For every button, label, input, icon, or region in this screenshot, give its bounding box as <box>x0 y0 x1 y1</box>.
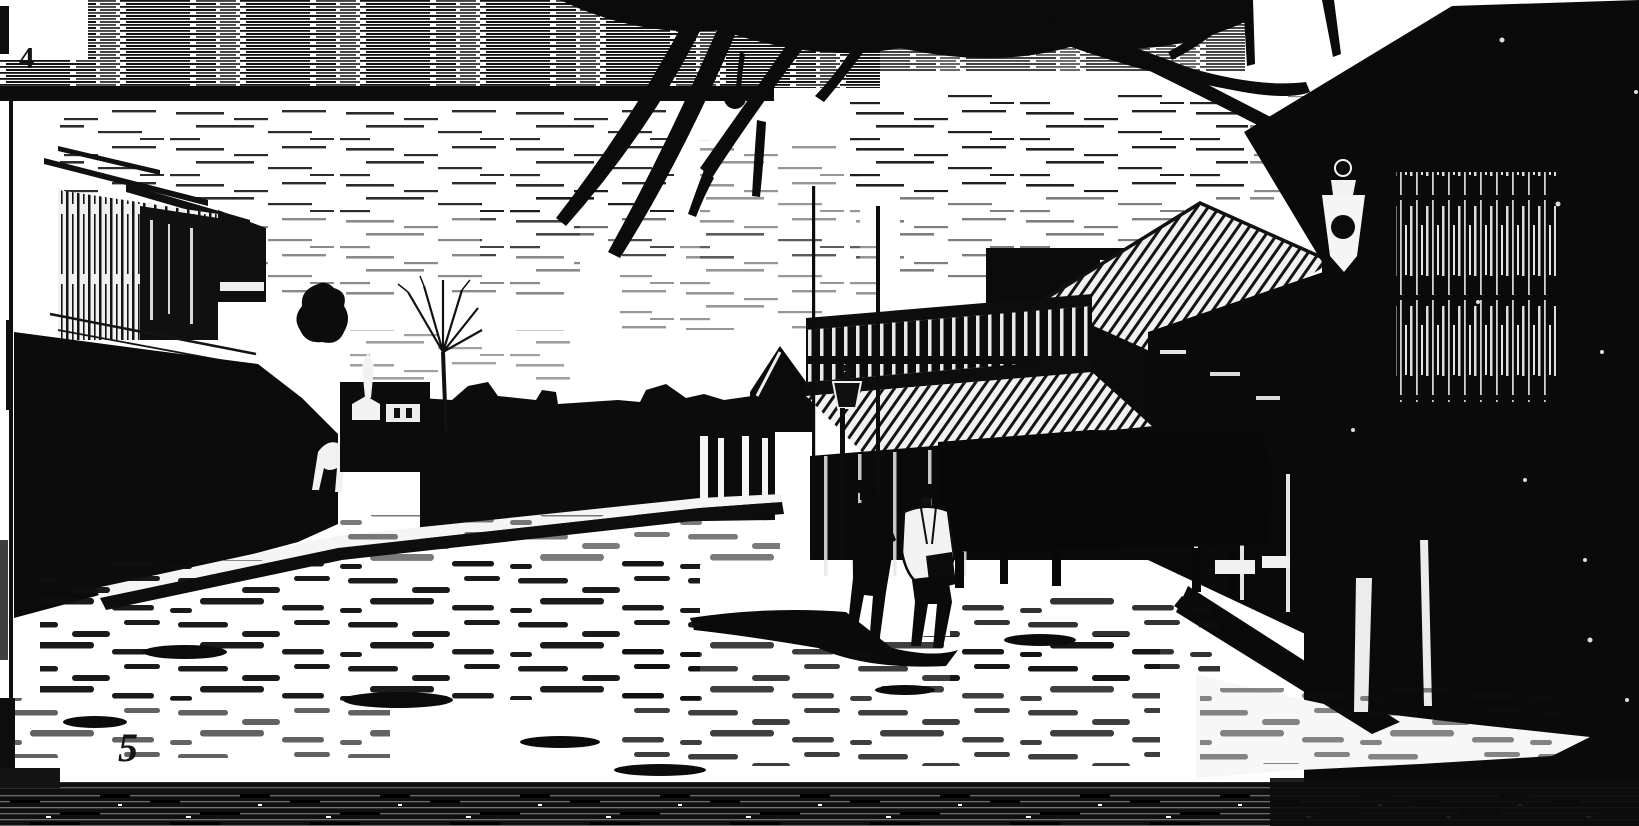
engraving-artwork <box>0 0 1639 826</box>
palm-seed-dot <box>724 87 746 109</box>
engraving-page: 4 5 <box>0 0 1639 826</box>
figure4-label: 4 <box>19 42 35 73</box>
figure5-label: 5 <box>118 728 138 768</box>
